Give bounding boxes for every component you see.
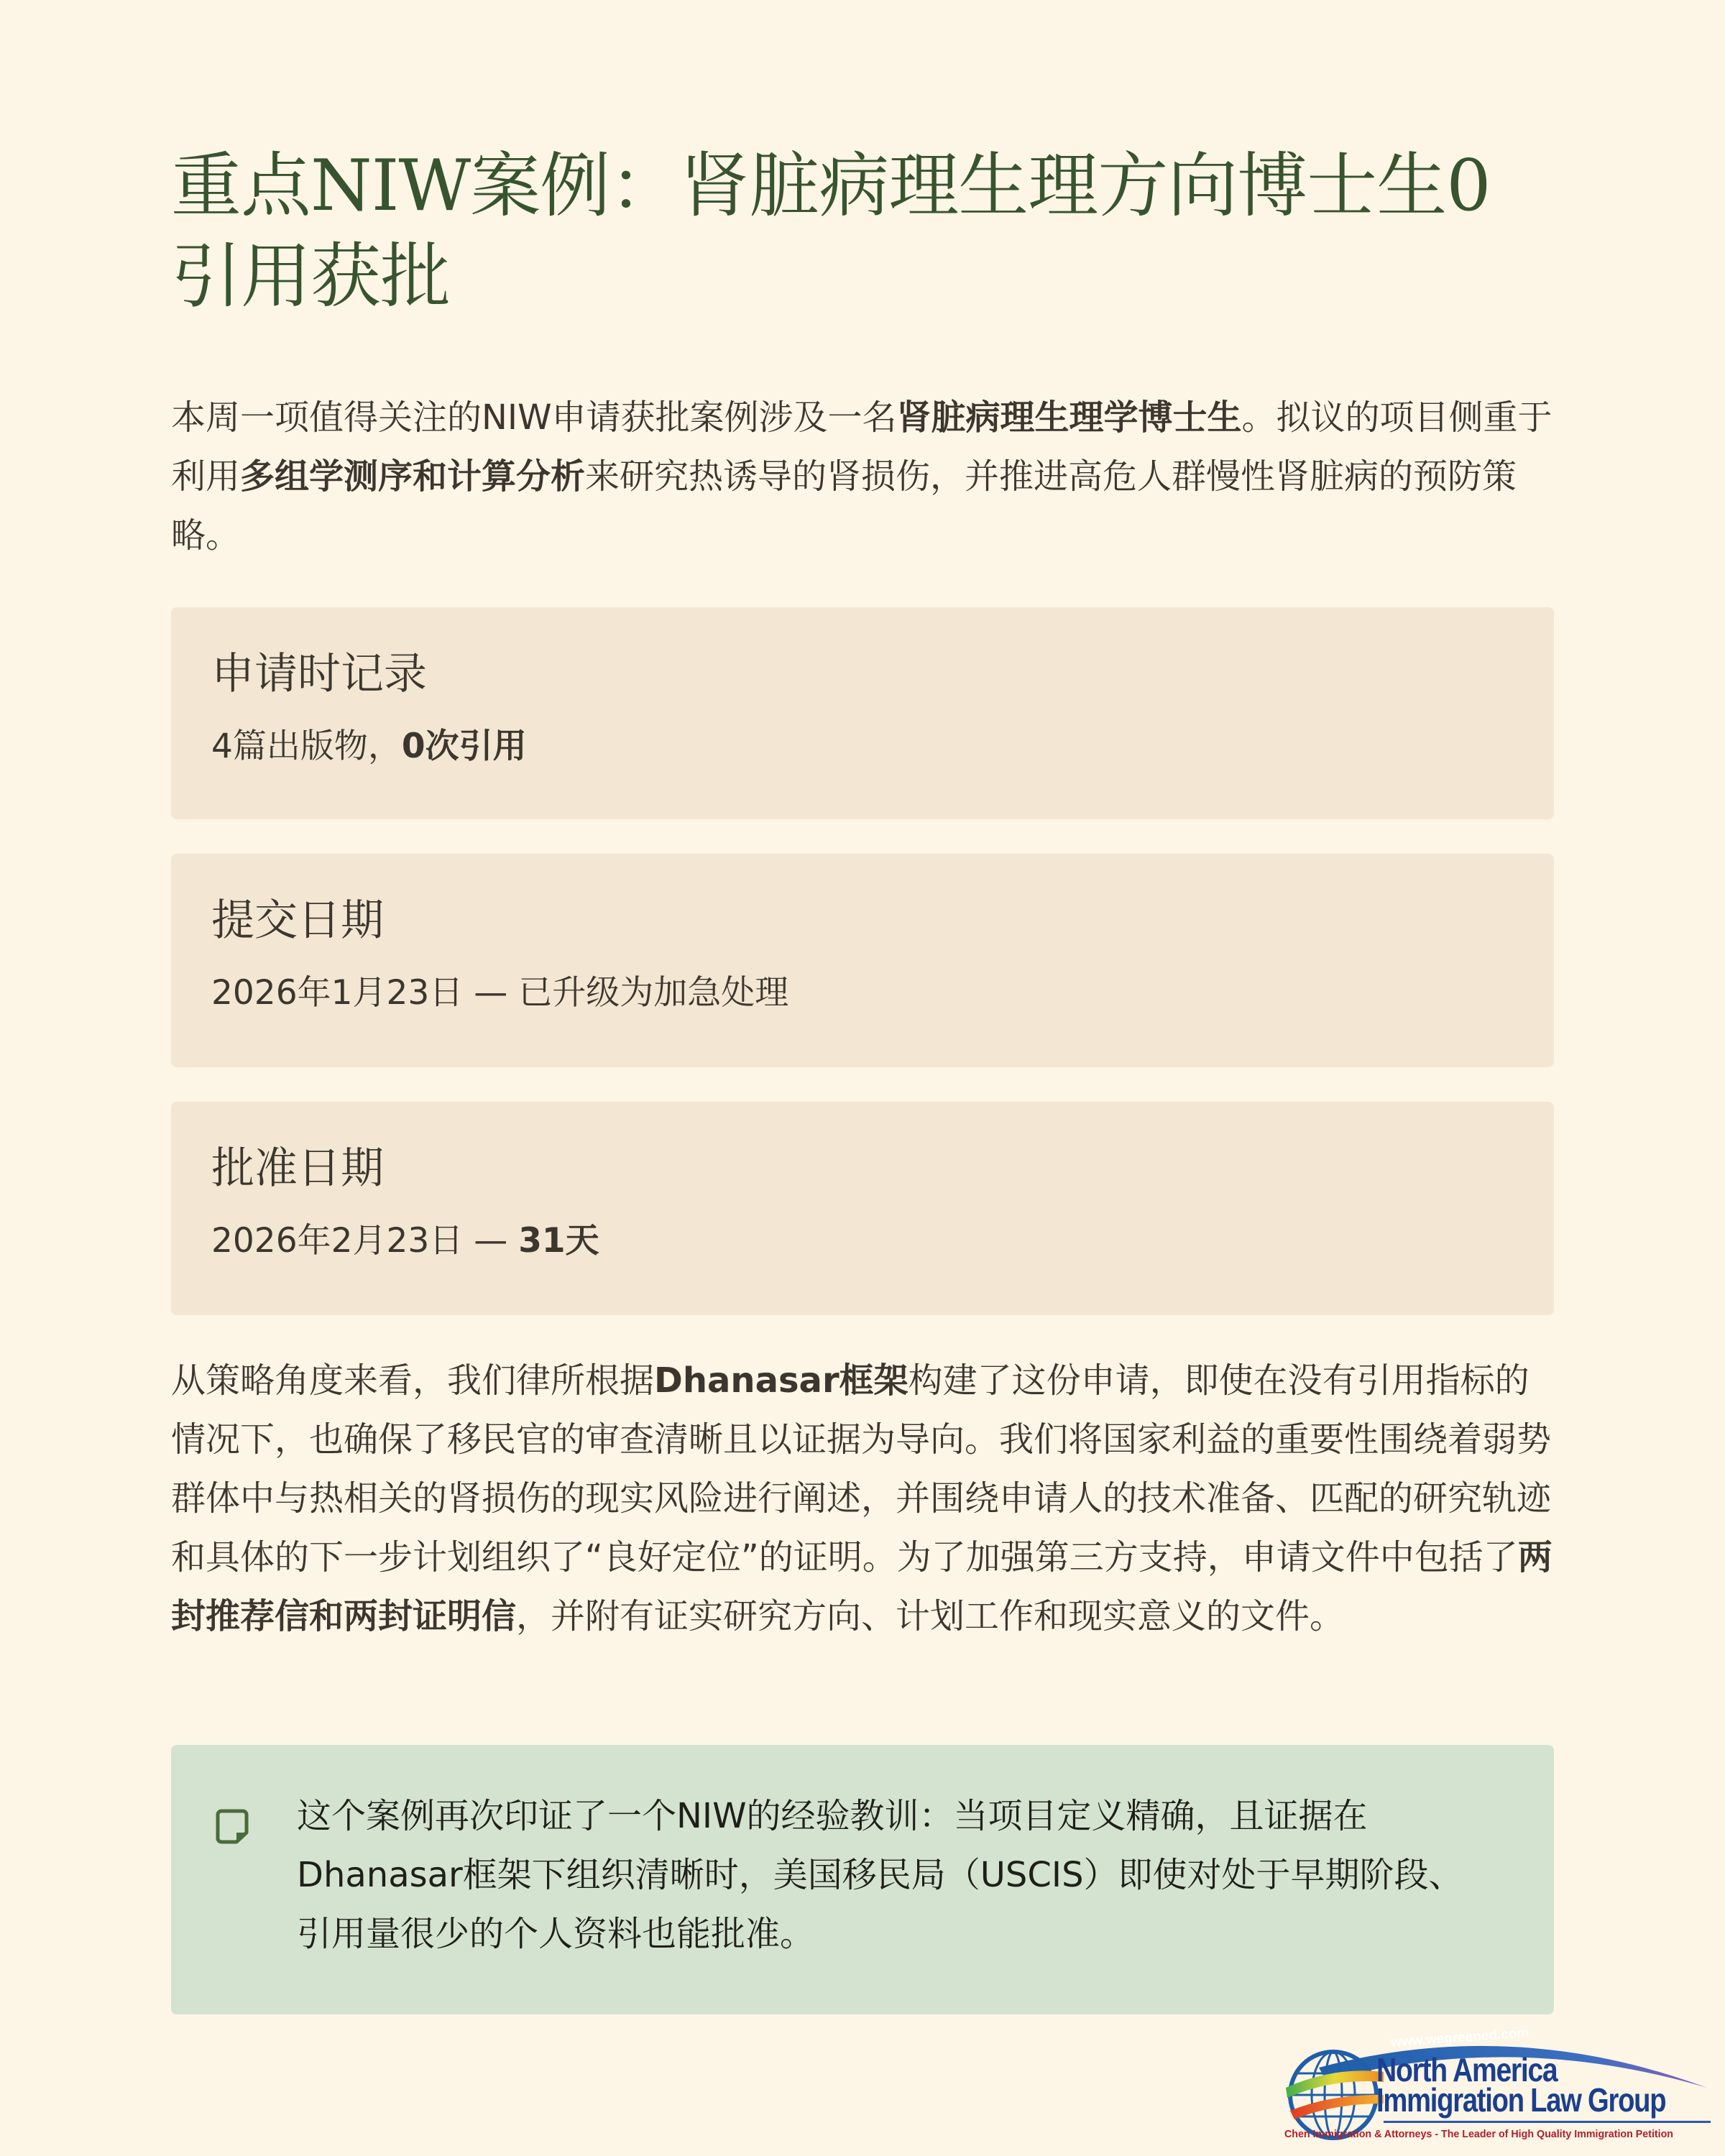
card-value-bold: 0次引用 (402, 727, 527, 766)
intro-bold-degree: 肾脏病理生理学博士生 (897, 397, 1242, 438)
intro-paragraph: 本周一项值得关注的NIW申请获批案例涉及一名肾脏病理生理学博士生。拟议的项目侧重… (171, 388, 1554, 565)
strategy-text: 从策略角度来看，我们律所根据 (171, 1360, 654, 1401)
card-record-at-filing: 申请时记录 4篇出版物，0次引用 (171, 607, 1554, 819)
card-value: 2026年1月23日 — 已升级为加急处理 (211, 970, 788, 1016)
logo-divider (1384, 2121, 1711, 2123)
card-heading: 批准日期 (211, 1140, 384, 1197)
card-filing-date: 提交日期 2026年1月23日 — 已升级为加急处理 (171, 854, 1554, 1067)
card-value: 2026年2月23日 — 31天 (211, 1218, 599, 1264)
page-title: 重点NIW案例：肾脏病理生理方向博士生0引用获批 (171, 141, 1554, 322)
card-heading: 申请时记录 (211, 645, 427, 703)
card-value-text: 2026年2月23日 — (211, 1221, 518, 1261)
strategy-bold-framework: Dhanasar框架 (654, 1360, 908, 1401)
card-approval-date: 批准日期 2026年2月23日 — 31天 (171, 1102, 1554, 1315)
logo-tagline: Chen Immigration & Attorneys - The Leade… (1284, 2128, 1673, 2140)
card-value-text: 4篇出版物， (211, 727, 402, 766)
strategy-text: ，并附有证实研究方向、计划工作和现实意义的文件。 (516, 1596, 1344, 1636)
card-value-bold: 31天 (518, 1221, 599, 1261)
note-icon (216, 1808, 249, 1844)
logo-name-line2: Immigration Law Group (1376, 2081, 1665, 2119)
takeaway-callout: 这个案例再次印证了一个NIW的经验教训：当项目定义精确，且证据在Dhanasar… (171, 1745, 1554, 2014)
law-group-logo: www.wegreened.com North America Immigrat… (1276, 2023, 1718, 2152)
card-value-text: 2026年1月23日 — 已升级为加急处理 (211, 973, 788, 1013)
card-value: 4篇出版物，0次引用 (211, 724, 527, 770)
intro-bold-method: 多组学测序和计算分析 (240, 456, 585, 497)
card-heading: 提交日期 (211, 892, 384, 949)
callout-text: 这个案例再次印证了一个NIW的经验教训：当项目定义精确，且证据在Dhanasar… (297, 1787, 1490, 1963)
strategy-paragraph: 从策略角度来看，我们律所根据Dhanasar框架构建了这份申请，即使在没有引用指… (171, 1351, 1554, 1646)
intro-text: 本周一项值得关注的NIW申请获批案例涉及一名 (171, 397, 897, 438)
